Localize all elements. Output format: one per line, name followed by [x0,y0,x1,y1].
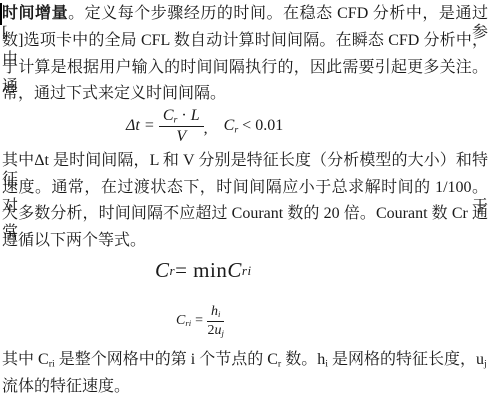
comma: , [204,120,208,146]
equation-condition: Cr < 0.01 [224,117,284,135]
fraction-numerator: hi [207,304,224,322]
fraction: hi 2uj [207,304,224,339]
equation-courant-min: Cr = min Cri [155,258,252,283]
fraction-denominator: 2uj [208,322,224,339]
equals-sign: = [145,117,154,135]
fraction-numerator: Cr · L [159,107,204,127]
equation-time-increment: Δt = Cr · L V , Cr < 0.01 [126,106,283,146]
fraction-denominator: V [176,127,186,146]
equation-lhs: Δt [126,117,140,135]
paragraph1-line4: 常，通过下式来定义时间间隔。 [2,84,488,103]
document-page: 时间增量。定义每个步骤经历的时间。在稳态 CFD 分析中，是通过[参 数]选项卡… [0,0,491,401]
equals-sign: = [195,313,203,329]
paragraph2-line4: 遵循以下两个等式。 [2,231,488,250]
paragraph3-line2: 流体的特征速度。 [2,377,488,396]
equation-lhs: Cri [176,313,191,329]
fraction: Cr · L V [159,107,204,146]
paragraph3-line1: 其中 Cri 是整个网格中的第 i 个节点的 Cr 数。hi 是网格的特征长度，… [2,350,488,369]
equation-courant-node: Cri = hi 2uj [176,302,224,340]
